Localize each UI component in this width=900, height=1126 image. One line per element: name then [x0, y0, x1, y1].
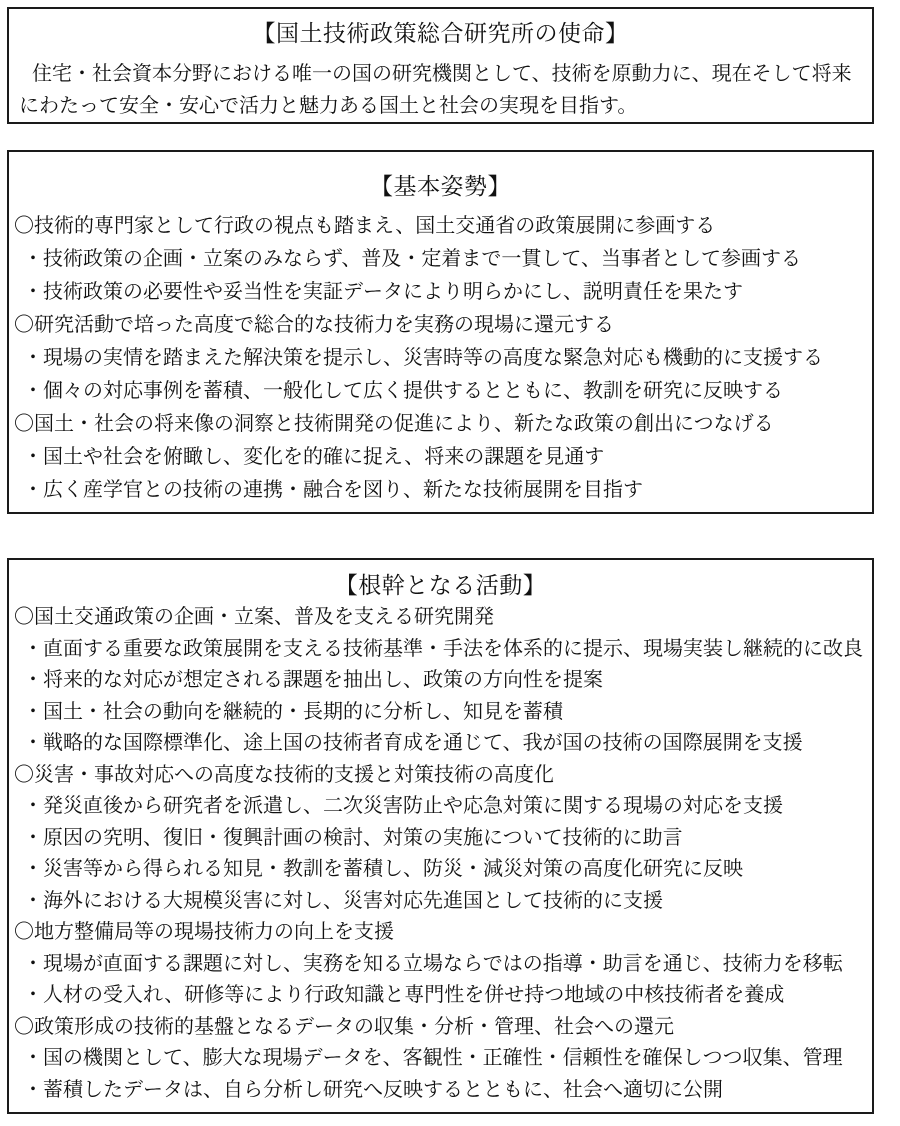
core-activities-box: 【根幹となる活動】 〇国土交通政策の企画・立案、普及を支える研究開発・直面する重…	[7, 558, 874, 1114]
text-line: 〇国土・社会の将来像の洞察と技術開発の促進により、新たな政策の創出につなげる	[9, 408, 872, 441]
text-line: ・蓄積したデータは、自ら分析し研究へ反映するとともに、社会へ適切に公開	[9, 1075, 872, 1107]
text-line: ・個々の対応事例を蓄積、一般化して広く提供するとともに、教訓を研究に反映する	[9, 375, 872, 408]
basic-stance-lines: 〇技術的専門家として行政の視点も踏まえ、国土交通省の政策展開に参画する・技術政策…	[9, 210, 872, 507]
document-page: { "page": { "background": "#ffffff", "te…	[0, 0, 900, 1126]
text-line: ・技術政策の企画・立案のみならず、普及・定着まで一貫して、当事者として参画する	[9, 243, 872, 276]
text-line: 〇研究活動で培った高度で総合的な技術力を実務の現場に還元する	[9, 309, 872, 342]
text-line: ・災害等から得られる知見・教訓を蓄積し、防災・減災対策の高度化研究に反映	[9, 854, 872, 886]
basic-stance-title: 【基本姿勢】	[9, 172, 872, 200]
text-line: ・海外における大規模災害に対し、災害対応先進国として技術的に支援	[9, 886, 872, 918]
text-line: ・原因の究明、復旧・復興計画の検討、対策の実施について技術的に助言	[9, 823, 872, 855]
text-line: ・戦略的な国際標準化、途上国の技術者育成を通じて、我が国の技術の国際展開を支援	[9, 728, 872, 760]
text-line: ・国土や社会を俯瞰し、変化を的確に捉え、将来の課題を見通す	[9, 441, 872, 474]
text-line: ・直面する重要な政策展開を支える技術基準・手法を体系的に提示、現場実装し継続的に…	[9, 634, 872, 666]
text-line: ・広く産学官との技術の連携・融合を図り、新たな技術展開を目指す	[9, 474, 872, 507]
text-line: ・現場の実情を踏まえた解決策を提示し、災害時等の高度な緊急対応も機動的に支援する	[9, 342, 872, 375]
text-line: ・発災直後から研究者を派遣し、二次災害防止や応急対策に関する現場の対応を支援	[9, 791, 872, 823]
text-line: 〇国土交通政策の企画・立案、普及を支える研究開発	[9, 602, 872, 634]
text-line: ・人材の受入れ、研修等により行政知識と専門性を併せ持つ地域の中核技術者を養成	[9, 980, 872, 1012]
text-line: ・現場が直面する課題に対し、実務を知る立場ならではの指導・助言を通じ、技術力を移…	[9, 949, 872, 981]
text-line: 〇政策形成の技術的基盤となるデータの収集・分析・管理、社会への還元	[9, 1012, 872, 1044]
mission-paragraph: 住宅・社会資本分野における唯一の国の研究機関として、技術を原動力に、現在そして将…	[9, 58, 872, 122]
text-line: 〇災害・事故対応への高度な技術的支援と対策技術の高度化	[9, 760, 872, 792]
text-line: ・国の機関として、膨大な現場データを、客観性・正確性・信頼性を確保しつつ収集、管…	[9, 1043, 872, 1075]
core-activities-lines: 〇国土交通政策の企画・立案、普及を支える研究開発・直面する重要な政策展開を支える…	[9, 602, 872, 1106]
text-line: 〇技術的専門家として行政の視点も踏まえ、国土交通省の政策展開に参画する	[9, 210, 872, 243]
basic-stance-box: 【基本姿勢】 〇技術的専門家として行政の視点も踏まえ、国土交通省の政策展開に参画…	[7, 150, 874, 514]
text-line: 〇地方整備局等の現場技術力の向上を支援	[9, 917, 872, 949]
text-line: ・将来的な対応が想定される課題を抽出し、政策の方向性を提案	[9, 665, 872, 697]
mission-title: 【国土技術政策総合研究所の使命】	[9, 19, 872, 47]
text-line: ・技術政策の必要性や妥当性を実証データにより明らかにし、説明責任を果たす	[9, 276, 872, 309]
mission-box: 【国土技術政策総合研究所の使命】 住宅・社会資本分野における唯一の国の研究機関と…	[7, 7, 874, 124]
text-line: ・国土・社会の動向を継続的・長期的に分析し、知見を蓄積	[9, 697, 872, 729]
core-activities-title: 【根幹となる活動】	[9, 571, 872, 599]
